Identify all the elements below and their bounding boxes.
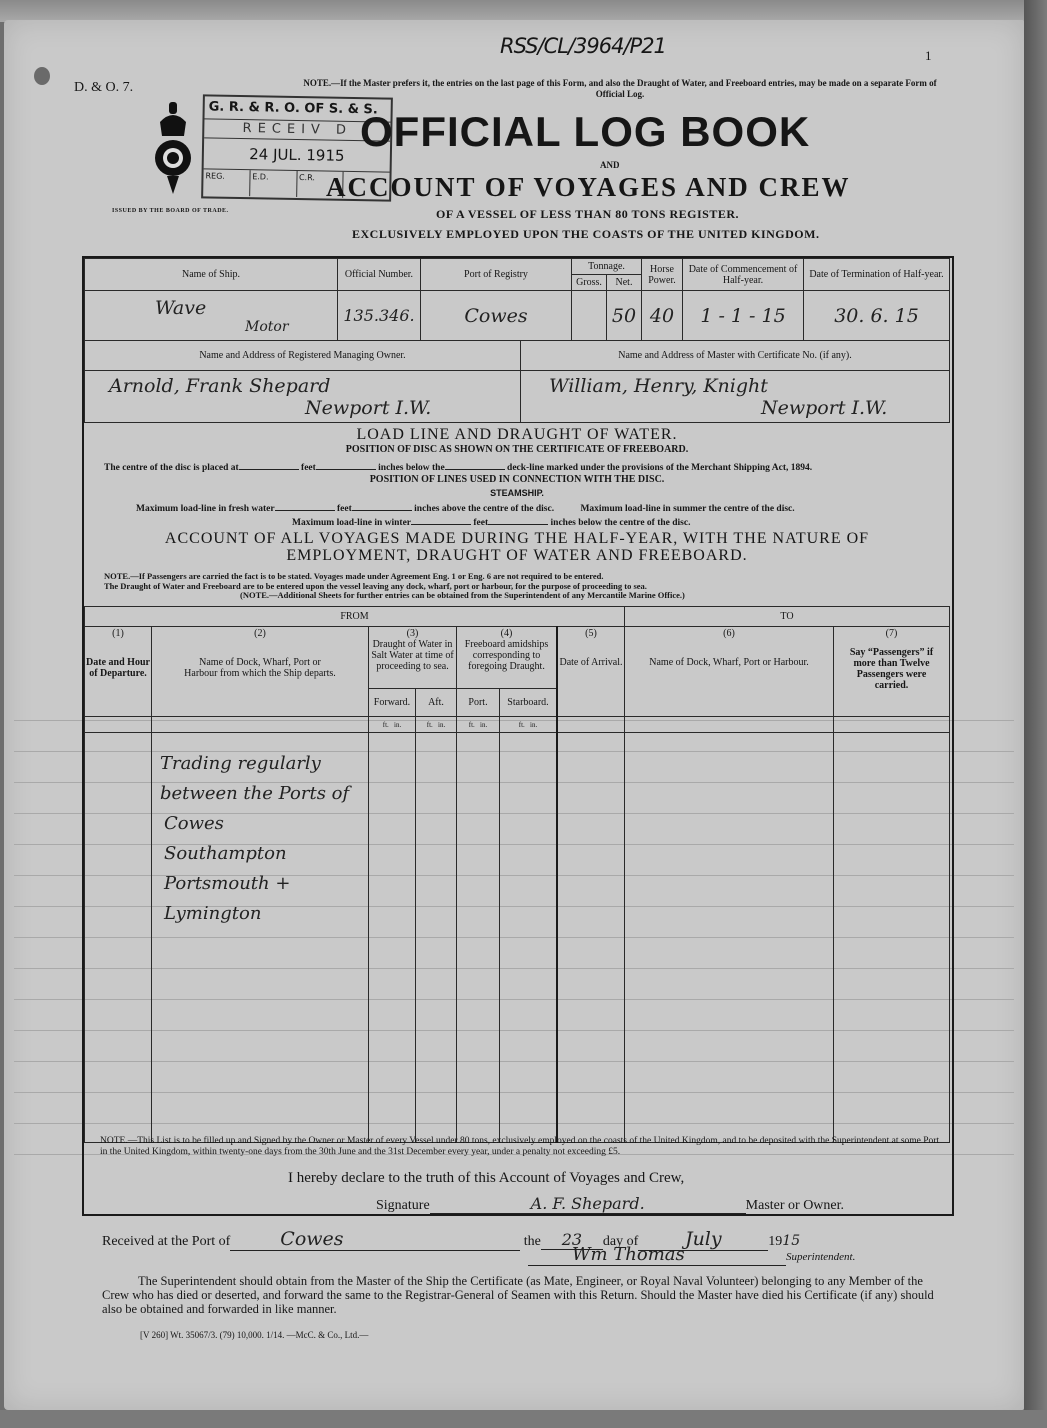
load-line-title: LOAD LINE AND DRAUGHT OF WATER. — [84, 426, 950, 444]
signature-label: Signature — [376, 1198, 430, 1213]
header-date-termination: Date of Termination of Half-year. — [804, 259, 950, 291]
voyage-entry: Cowes — [164, 809, 349, 839]
master-name: William, Henry, Knight — [549, 375, 768, 397]
column-3-label: Draught of Water in Salt Water at time o… — [370, 639, 455, 672]
value-date-commencement: 1 - 1 - 15 — [683, 291, 804, 341]
superintendent-instructions: The Superintendent should obtain from th… — [102, 1274, 942, 1316]
received-label: Received at the Port of — [102, 1234, 230, 1249]
ft-label: ft. — [383, 721, 389, 729]
declaration: I hereby declare to the truth of this Ac… — [288, 1170, 684, 1187]
winter-feet-field[interactable] — [411, 515, 471, 525]
stamp-cell: E.D. — [250, 170, 297, 197]
account-title-1: ACCOUNT OF ALL VOYAGES MADE DURING THE H… — [84, 530, 950, 547]
column-7-number: (7) — [835, 628, 948, 639]
forward-units: ft. in. — [369, 717, 416, 733]
value-gross — [572, 291, 607, 341]
fresh-inches-field[interactable] — [352, 501, 412, 511]
cell-blank — [557, 717, 625, 733]
form-code: D. & O. 7. — [74, 80, 133, 96]
value-date-termination: 30. 6. 15 — [804, 291, 950, 341]
header-port-of-registry: Port of Registry — [421, 259, 572, 291]
column-2-label: Name of Dock, Wharf, Port or Harbour fro… — [153, 657, 367, 679]
cell-blank — [85, 717, 152, 733]
column-1-number: (1) — [86, 628, 150, 639]
port-units: ft. in. — [457, 717, 500, 733]
in-label: in. — [394, 721, 401, 729]
superintendent-signature[interactable]: Wm Thomas — [528, 1244, 786, 1266]
port-header: Port. — [457, 689, 500, 717]
master-address: Newport I.W. — [761, 397, 887, 419]
column-5-number: (5) — [559, 628, 623, 639]
to-header: TO — [625, 607, 950, 627]
winter-feet-label: feet — [473, 518, 488, 528]
printer-imprint: [V 260] Wt. 35067/3. (79) 10,000. 1/14. … — [140, 1330, 368, 1340]
forward-cell — [369, 733, 416, 1143]
summer-label: Maximum load-line in summer the centre o… — [580, 504, 794, 514]
port-cell — [457, 733, 500, 1143]
header-master: Name and Address of Master with Certific… — [521, 341, 950, 371]
column-3-header: (3)Draught of Water in Salt Water at tim… — [369, 627, 457, 689]
disc-inches-field[interactable] — [316, 460, 376, 470]
winter-line: Maximum load-line in winter feet inches … — [292, 515, 690, 528]
departure-date-cell — [85, 733, 152, 1143]
ship-details-table: Name of Ship. Official Number. Port of R… — [84, 258, 950, 341]
arrival-port-cell — [625, 733, 834, 1143]
ship-type: Motor — [245, 319, 289, 335]
fresh-feet-field[interactable] — [275, 501, 335, 511]
ft-label: ft. — [519, 721, 525, 729]
departure-port-cell: Trading regularly between the Ports of C… — [152, 733, 369, 1143]
disc-inches-label: inches below the — [378, 463, 445, 473]
column-4-label: Freeboard amidships corresponding to for… — [458, 639, 555, 672]
voyage-entry: between the Ports of — [160, 779, 349, 809]
header-official-number: Official Number. — [338, 259, 421, 291]
column-4-header: (4)Freeboard amidships corresponding to … — [457, 627, 558, 689]
scan-background-bottom — [0, 1410, 1047, 1428]
superintendent-label: Superintendent. — [786, 1251, 855, 1263]
column-7-label: Say “Passengers” if more than Twelve Pas… — [835, 647, 948, 691]
superintendent-line: Wm ThomasSuperintendent. — [528, 1244, 928, 1266]
owner-master-table: Name and Address of Registered Managing … — [84, 340, 950, 423]
header-net: Net. — [607, 275, 642, 291]
voyage-entry: Portsmouth + — [164, 869, 349, 899]
subtitle-line-1: OF A VESSEL OF LESS THAN 80 TONS REGISTE… — [436, 207, 739, 222]
voyage-entry: Southampton — [164, 839, 349, 869]
disc-line-label: The centre of the disc is placed at — [104, 463, 239, 473]
cell-blank — [625, 717, 834, 733]
header-tonnage: Tonnage. — [572, 259, 642, 275]
owner-name: Arnold, Frank Shepard — [109, 375, 330, 397]
document-title: OFFICIAL LOG BOOK — [360, 108, 810, 156]
value-name-of-ship: Wave Motor — [85, 291, 338, 341]
ft-label: ft. — [427, 721, 433, 729]
disc-feet-field[interactable] — [239, 460, 299, 470]
ft-label: ft. — [469, 721, 475, 729]
footer-note: NOTE.—This List is to be filled up and S… — [100, 1136, 940, 1158]
passengers-cell — [834, 733, 950, 1143]
value-port-of-registry: Cowes — [421, 291, 572, 341]
header-owner: Name and Address of Registered Managing … — [85, 341, 521, 371]
header-name-of-ship: Name of Ship. — [85, 259, 338, 291]
starboard-cell — [500, 733, 558, 1143]
signature-value[interactable]: A. F. Shepard. — [430, 1194, 746, 1214]
column-2-number: (2) — [153, 628, 367, 639]
value-horse-power: 40 — [642, 291, 683, 341]
in-label: in. — [438, 721, 445, 729]
header-horse-power: Horse Power. — [642, 259, 683, 291]
value-net: 50 — [607, 291, 642, 341]
fresh-inches-label: inches above the centre of the disc. — [414, 504, 554, 514]
in-label: in. — [530, 721, 537, 729]
column-3-number: (3) — [370, 628, 455, 639]
winter-inches-label: inches below the centre of the disc. — [551, 518, 691, 528]
from-header: FROM — [85, 607, 625, 627]
scan-background-top — [0, 0, 1047, 22]
column-7-header: (7)Say “Passengers” if more than Twelve … — [834, 627, 950, 717]
fresh-label: Maximum load-line in fresh water — [136, 504, 275, 514]
disc-heading: POSITION OF DISC AS SHOWN ON THE CERTIFI… — [84, 444, 950, 455]
title-and: AND — [600, 160, 620, 170]
lines-heading: POSITION OF LINES USED IN CONNECTION WIT… — [84, 474, 950, 485]
column-1-header: (1)Date and Hour of Departure. — [85, 627, 152, 717]
scan-background-right — [1024, 0, 1047, 1428]
voyage-entries: Trading regularly between the Ports of C… — [160, 749, 349, 929]
disc-act-label: deck-line marked under the provisions of… — [507, 463, 812, 473]
deck-line-field[interactable] — [445, 460, 505, 470]
archive-reference: RSS/CL/3964/P21 — [500, 34, 666, 58]
cell-blank — [834, 717, 950, 733]
aft-header: Aft. — [416, 689, 457, 717]
disc-line: The centre of the disc is placed at feet… — [104, 460, 812, 473]
owner-cell: Arnold, Frank Shepard Newport I.W. — [85, 371, 521, 423]
starboard-units: ft. in. — [500, 717, 558, 733]
column-2-header: (2)Name of Dock, Wharf, Port or Harbour … — [152, 627, 369, 717]
document-subtitle: ACCOUNT OF VOYAGES AND CREW — [326, 172, 851, 203]
header-date-commencement: Date of Commencement of Half-year. — [683, 259, 804, 291]
starboard-header: Starboard. — [500, 689, 558, 717]
royal-crest-icon — [152, 102, 194, 198]
aft-cell — [416, 733, 457, 1143]
issued-by: ISSUED BY THE BOARD OF TRADE. — [112, 208, 229, 214]
cell-blank — [152, 717, 369, 733]
winter-inches-field[interactable] — [488, 515, 548, 525]
disc-feet-label: feet — [301, 463, 316, 473]
aft-units: ft. in. — [416, 717, 457, 733]
fresh-water-line: Maximum load-line in fresh water feet in… — [136, 501, 795, 514]
account-title-2: EMPLOYMENT, DRAUGHT OF WATER AND FREEBOA… — [84, 547, 950, 564]
arrival-date-cell — [557, 733, 625, 1143]
fresh-feet-label: feet — [337, 504, 352, 514]
signature-role: Master or Owner. — [746, 1198, 844, 1213]
column-6-label: Name of Dock, Wharf, Port or Harbour. — [626, 657, 832, 668]
column-1-label: Date and Hour of Departure. — [86, 657, 150, 679]
voyage-table: FROM TO (1)Date and Hour of Departure. (… — [84, 606, 950, 1143]
account-notes: NOTE.—If Passengers are carried the fact… — [104, 572, 685, 601]
winter-label: Maximum load-line in winter — [292, 518, 411, 528]
subtitle-line-2: EXCLUSIVELY EMPLOYED UPON THE COASTS OF … — [352, 227, 819, 242]
in-label: in. — [480, 721, 487, 729]
punch-hole — [34, 67, 50, 85]
voyage-entry: Lymington — [164, 899, 349, 929]
forward-header: Forward. — [369, 689, 416, 717]
column-6-number: (6) — [626, 628, 832, 639]
signature-line: SignatureA. F. Shepard.Master or Owner. — [376, 1194, 896, 1214]
header-gross: Gross. — [572, 275, 607, 291]
account-note-3: (NOTE.—Additional Sheets for further ent… — [240, 591, 685, 601]
column-6-header: (6)Name of Dock, Wharf, Port or Harbour. — [625, 627, 834, 717]
master-cell: William, Henry, Knight Newport I.W. — [521, 371, 950, 423]
column-5-header: (5)Date of Arrival. — [557, 627, 625, 717]
steamship-heading: STEAMSHIP. — [84, 488, 950, 498]
page-number: 1 — [925, 48, 932, 64]
top-note: NOTE.—If the Master prefers it, the entr… — [300, 78, 940, 100]
value-official-number: 135.346. — [338, 291, 421, 341]
ship-name: Wave — [155, 297, 206, 319]
received-port[interactable]: Cowes — [230, 1228, 520, 1251]
column-4-number: (4) — [458, 628, 555, 639]
owner-address: Newport I.W. — [305, 397, 431, 419]
column-5-label: Date of Arrival. — [559, 657, 623, 668]
stamp-cell: REG. — [203, 169, 250, 196]
voyage-entry: Trading regularly — [160, 749, 349, 779]
